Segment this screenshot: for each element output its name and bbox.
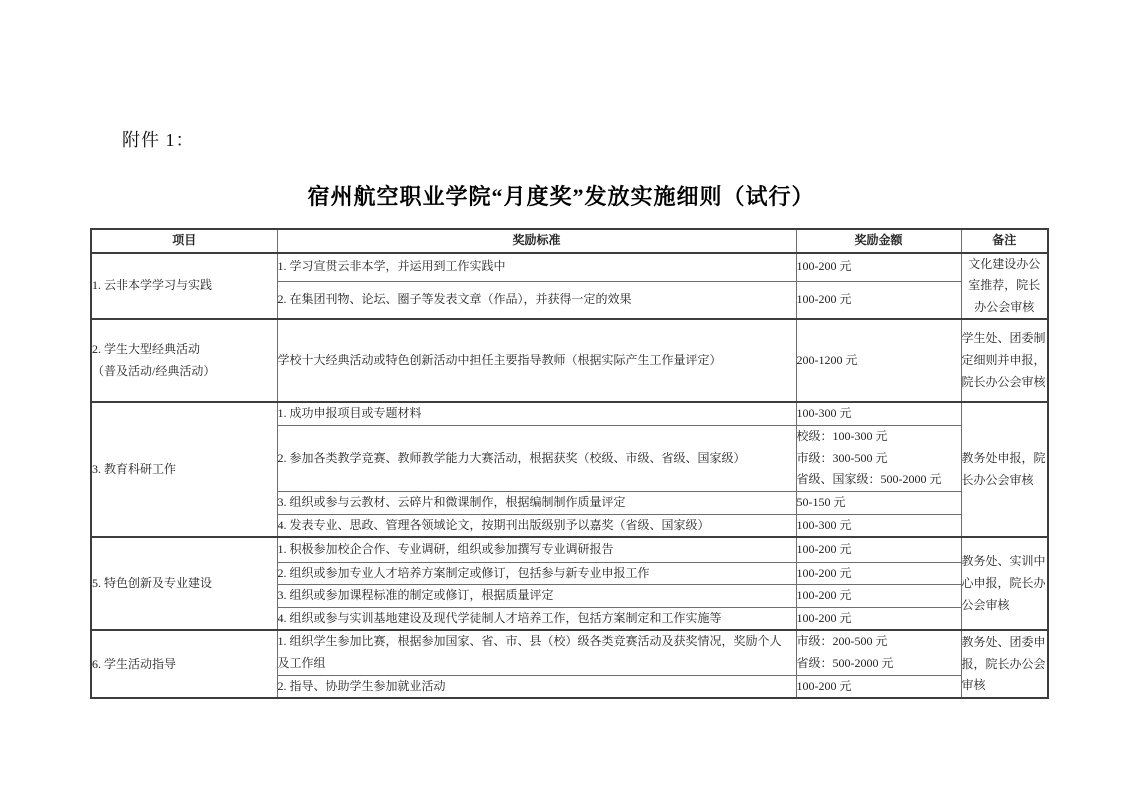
standard-cell: 3. 组织或参与云教材、云碎片和微课制作，根据编制制作质量评定 — [277, 491, 796, 514]
amount-cell: 100-300 元 — [796, 402, 961, 425]
standard-cell: 2. 参加各类教学竞赛、教师教学能力大赛活动，根据获奖（校级、市级、省级、国家级… — [277, 425, 796, 491]
amount-cell: 100-200 元 — [796, 253, 961, 282]
standard-cell: 3. 组织或参加课程标准的制定或修订，根据质量评定 — [277, 585, 796, 608]
standard-cell: 4. 发表专业、思政、管理各领域论文，按期刊出版级别予以嘉奖（省级、国家级） — [277, 514, 796, 537]
remark-cell: 文化建设办公室推荐，院长办公会审核 — [961, 253, 1048, 320]
table-row: 3. 教育科研工作 1. 成功申报项目或专题材料 100-300 元 教务处申报… — [91, 402, 1048, 425]
standard-cell: 1. 组织学生参加比赛，根据参加国家、省、市、县（校）级各类竞赛活动及获奖情况，… — [277, 630, 796, 675]
header-project: 项目 — [91, 229, 277, 253]
amount-cell: 100-200 元 — [796, 607, 961, 630]
standard-cell: 4. 组织或参与实训基地建设及现代学徒制人才培养工作，包括方案制定和工作实施等 — [277, 607, 796, 630]
remark-cell: 教务处、团委申报，院长办公会审核 — [961, 630, 1048, 698]
project-cell: 6. 学生活动指导 — [91, 630, 277, 698]
project-cell: 3. 教育科研工作 — [91, 402, 277, 537]
attachment-label: 附件 1： — [122, 126, 195, 152]
amount-cell: 100-200 元 — [796, 585, 961, 608]
amount-cell: 100-200 元 — [796, 562, 961, 585]
document-page: 附件 1： 宿州航空职业学院“月度奖”发放实施细则（试行） 项目 奖励标准 奖励… — [0, 0, 1122, 793]
project-cell: 1. 云非本学学习与实践 — [91, 253, 277, 320]
remark-cell: 学生处、团委制定细则并申报，院长办公会审核 — [961, 319, 1048, 402]
amount-cell: 100-200 元 — [796, 537, 961, 562]
page-title: 宿州航空职业学院“月度奖”发放实施细则（试行） — [0, 180, 1122, 211]
remark-cell: 教务处申报，院长办公会审核 — [961, 402, 1048, 537]
header-amount: 奖励金额 — [796, 229, 961, 253]
standard-cell: 2. 组织或参加专业人才培养方案制定或修订，包括参与新专业申报工作 — [277, 562, 796, 585]
amount-cell: 50-150 元 — [796, 491, 961, 514]
standard-cell: 2. 指导、协助学生参加就业活动 — [277, 675, 796, 698]
project-cell: 2. 学生大型经典活动 （普及活动/经典活动） — [91, 319, 277, 402]
amount-cell: 校级：100-300 元 市级：300-500 元 省级、国家级：500-200… — [796, 425, 961, 491]
remark-cell: 教务处、实训中心申报，院长办公会审核 — [961, 537, 1048, 630]
table-row: 2. 学生大型经典活动 （普及活动/经典活动） 学校十大经典活动或特色创新活动中… — [91, 319, 1048, 402]
table-header-row: 项目 奖励标准 奖励金额 备注 — [91, 229, 1048, 253]
standard-cell: 1. 成功申报项目或专题材料 — [277, 402, 796, 425]
table-row: 1. 云非本学学习与实践 1. 学习宣贯云非本学，并运用到工作实践中 100-2… — [91, 253, 1048, 282]
amount-cell: 100-200 元 — [796, 675, 961, 698]
amount-cell: 市级：200-500 元 省级：500-2000 元 — [796, 630, 961, 675]
table-row: 6. 学生活动指导 1. 组织学生参加比赛，根据参加国家、省、市、县（校）级各类… — [91, 630, 1048, 675]
standard-cell: 1. 学习宣贯云非本学，并运用到工作实践中 — [277, 253, 796, 282]
standard-cell: 1. 积极参加校企合作、专业调研，组织或参加撰写专业调研报告 — [277, 537, 796, 562]
amount-cell: 100-300 元 — [796, 514, 961, 537]
amount-cell: 200-1200 元 — [796, 319, 961, 402]
project-cell: 5. 特色创新及专业建设 — [91, 537, 277, 630]
header-standard: 奖励标准 — [277, 229, 796, 253]
reward-rules-table: 项目 奖励标准 奖励金额 备注 1. 云非本学学习与实践 1. 学习宣贯云非本学… — [90, 228, 1049, 699]
amount-cell: 100-200 元 — [796, 281, 961, 319]
standard-cell: 2. 在集团刊物、论坛、圈子等发表文章（作品），并获得一定的效果 — [277, 281, 796, 319]
table-row: 5. 特色创新及专业建设 1. 积极参加校企合作、专业调研，组织或参加撰写专业调… — [91, 537, 1048, 562]
standard-cell: 学校十大经典活动或特色创新活动中担任主要指导教师（根据实际产生工作量评定） — [277, 319, 796, 402]
header-remark: 备注 — [961, 229, 1048, 253]
